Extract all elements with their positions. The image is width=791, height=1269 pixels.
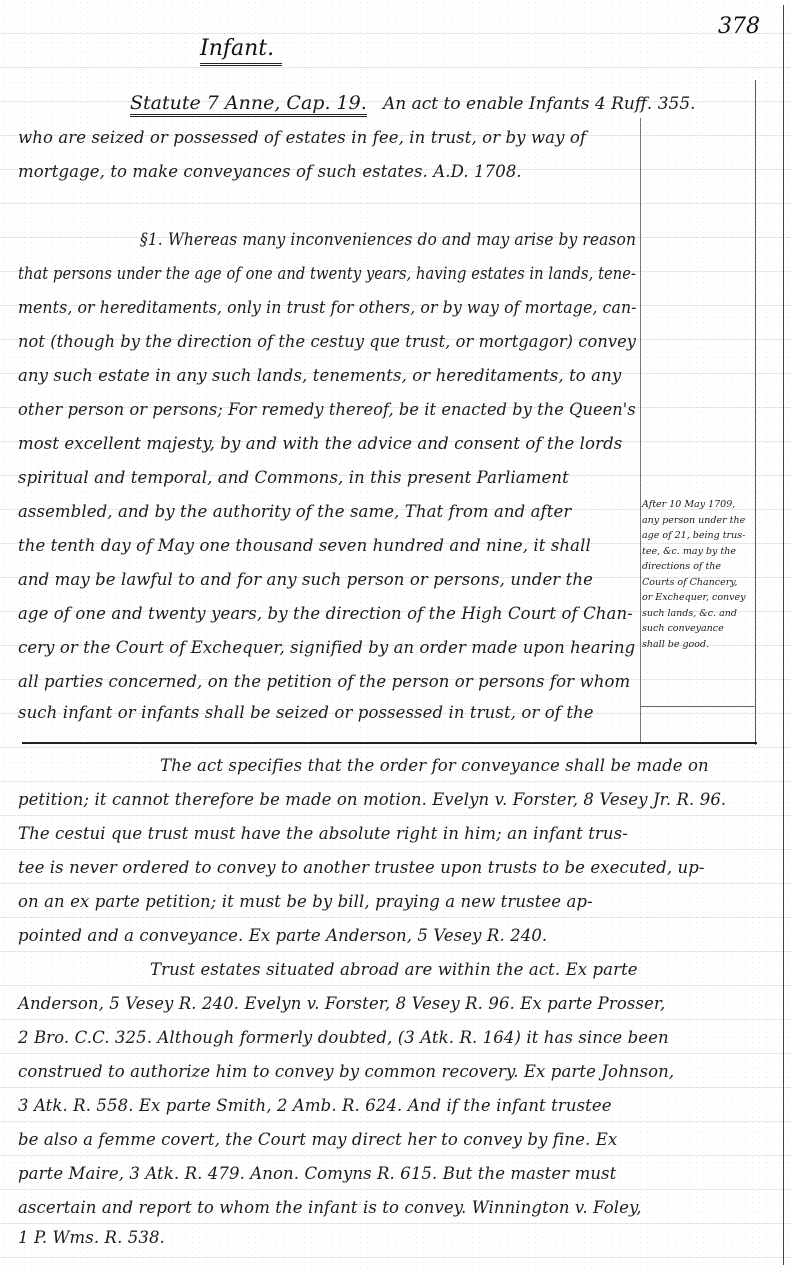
statute-title-start: An act to enable Infants [383,94,590,114]
section-1-line: cery or the Court of Exchequer, signifie… [18,638,635,657]
manuscript-page: 378 Infant. Statute 7 Anne, Cap. 19. An … [0,0,791,1269]
section-1-line: most excellent majesty, by and with the … [18,434,622,453]
section-1-line: all parties concerned, on the petition o… [18,672,630,691]
margin-note-line: any person under the [642,513,754,529]
commentary-line: Trust estates situated abroad are within… [150,960,638,979]
section-1-line: age of one and twenty years, by the dire… [18,604,633,623]
commentary-line: Anderson, 5 Vesey R. 240. Evelyn v. Fors… [18,994,665,1013]
section-1-line: spiritual and temporal, and Commons, in … [18,468,569,487]
commentary-line: tee is never ordered to convey to anothe… [18,858,705,877]
section-1-line: §1. Whereas many inconveniences do and m… [140,230,636,249]
statute-reference: 4 Ruff. 355. [595,94,696,114]
margin-note-line: shall be good. [642,637,754,653]
section-1-line: that persons under the age of one and tw… [18,264,636,283]
margin-note: After 10 May 1709, any person under the … [642,497,754,652]
commentary-line: 1 P. Wms. R. 538. [18,1228,165,1247]
page-heading: Infant. [200,36,282,66]
page-edge-rule [783,5,784,1265]
margin-note-line: Courts of Chancery, [642,575,754,591]
margin-rule-left [640,118,641,743]
margin-rule-right [755,80,756,745]
statute-line: mortgage, to make conveyances of such es… [18,162,522,181]
commentary-line: parte Maire, 3 Atk. R. 479. Anon. Comyns… [18,1164,616,1183]
section-1-line: any such estate in any such lands, tenem… [18,366,621,385]
margin-note-line: such conveyance [642,621,754,637]
margin-note-line: tee, &c. may by the [642,544,754,560]
commentary-line: The act specifies that the order for con… [160,756,709,775]
margin-box-bottom [640,706,756,707]
statute-citation: Statute 7 Anne, Cap. 19. [130,92,367,117]
commentary-line: 2 Bro. C.C. 325. Although formerly doubt… [18,1028,669,1047]
commentary-line: be also a femme covert, the Court may di… [18,1130,617,1149]
margin-note-line: After 10 May 1709, [642,497,754,513]
margin-note-line: age of 21, being trus- [642,528,754,544]
section-1-line: assembled, and by the authority of the s… [18,502,571,521]
section-1-line: such infant or infants shall be seized o… [18,703,594,722]
section-1-line: not (though by the direction of the cest… [18,332,636,351]
margin-note-line: directions of the [642,559,754,575]
commentary-line: construed to authorize him to convey by … [18,1062,674,1081]
commentary-line: on an ex parte petition; it must be by b… [18,892,593,911]
statute-line: who are seized or possessed of estates i… [18,128,586,147]
commentary-line: petition; it cannot therefore be made on… [18,790,726,809]
margin-note-line: such lands, &c. and [642,606,754,622]
section-1-line: the tenth day of May one thousand seven … [18,536,591,555]
page-number: 378 [718,14,760,39]
statute-header: Statute 7 Anne, Cap. 19. An act to enabl… [130,92,696,114]
section-divider [22,742,757,744]
section-1-line: ments, or hereditaments, only in trust f… [18,298,637,317]
margin-note-line: or Exchequer, convey [642,590,754,606]
section-1-line: other person or persons; For remedy ther… [18,400,636,419]
commentary-line: pointed and a conveyance. Ex parte Ander… [18,926,547,945]
commentary-line: 3 Atk. R. 558. Ex parte Smith, 2 Amb. R.… [18,1096,612,1115]
commentary-line: ascertain and report to whom the infant … [18,1198,642,1217]
commentary-line: The cestui que trust must have the absol… [18,824,628,843]
section-1-line: and may be lawful to and for any such pe… [18,570,593,589]
